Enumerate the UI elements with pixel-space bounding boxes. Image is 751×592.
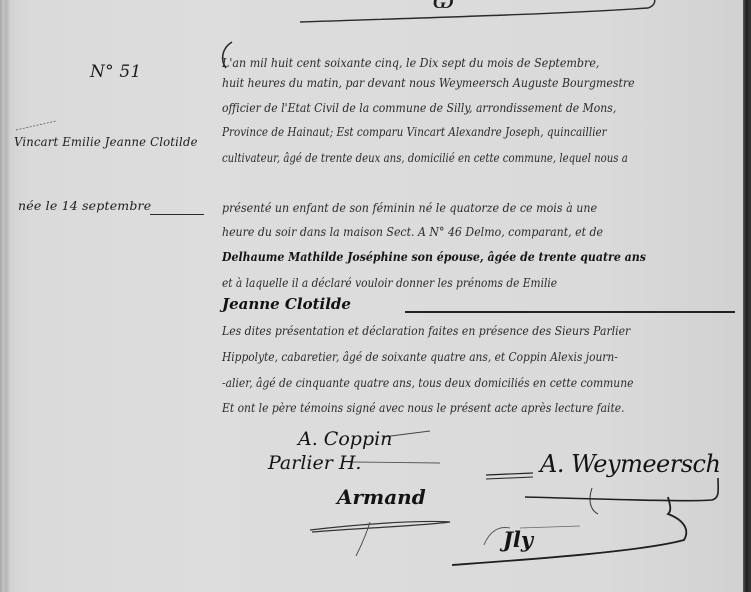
body-line-6: présenté un enfant de son féminin né le … [222,201,597,215]
body-line-3: officier de l'Etat Civil de la commune d… [222,101,616,115]
body-line-1: L'an mil huit cent soixante cinq, le Dix… [222,56,599,70]
body-line-4: Province de Hainaut; Est comparu Vincart… [222,125,607,139]
body-line-given-names: Jeanne Clotilde [222,295,351,313]
signature-coppin: A. Coppin [298,428,392,450]
body-line-7: heure du soir dans la maison Sect. A N° … [222,225,603,239]
signature-weymeersch: A. Weymeersch [540,450,720,478]
signature-parlier: Parlier H. [268,452,361,474]
fill-rule [405,311,735,313]
top-mark: Ѡ [433,0,454,13]
page-right-edge [743,0,751,592]
body-line-9: et à laquelle il a déclaré vouloir donne… [222,276,557,290]
body-line-12: Hippolyte, cabaretier, âgé de soixante q… [222,350,618,364]
body-line-2: huit heures du matin, par devant nous We… [222,76,635,90]
signature-armand: Armand [337,485,426,509]
body-line-11: Les dites présentation et déclaration fa… [222,324,630,338]
page-binding-edge [0,0,10,592]
body-line-8: Delhaume Mathilde Joséphine son épouse, … [222,250,646,264]
margin-rule [150,214,204,215]
entry-number: N° 51 [90,62,141,82]
margin-child-name: Vincart Emilie Jeanne Clotilde [14,134,198,149]
body-line-14: Et ont le père témoins signé avec nous l… [222,401,625,415]
body-line-13: -alier, âgé de cinquante quatre ans, tou… [222,376,633,390]
body-line-5: cultivateur, âgé de trente deux ans, dom… [222,151,628,165]
margin-birth-date: née le 14 septembre [18,198,151,213]
register-page: Ѡ N° 51 Vincart Emilie Jeanne Clotilde n… [0,0,751,592]
signature-initials: Jly [503,527,533,552]
